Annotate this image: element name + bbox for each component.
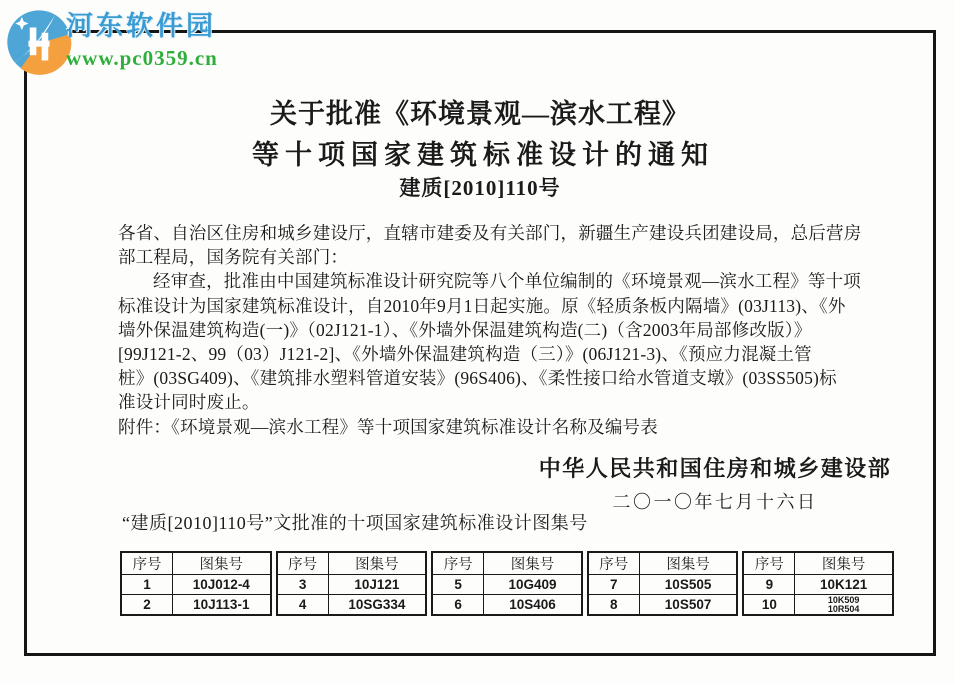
serial-cell: 5 (432, 575, 484, 595)
body-line: [99J121-2、99（03）J121-2]、《外墙外保温建筑构造（三）》(0… (118, 342, 908, 366)
catalog-subtable-1: 序号 图集号 1 10J012-4 2 10J113-1 (120, 551, 272, 616)
notice-body: 各省、自治区住房和城乡建设厅，直辖市建委及有关部门，新疆生产建设兵团建设局，总后… (118, 221, 908, 439)
catalog-table: 序号 图集号 1 10J012-4 2 10J113-1 序号 图集号 3 10… (120, 551, 894, 616)
serial-cell: 2 (121, 595, 173, 616)
serial-cell: 1 (121, 575, 173, 595)
catalog-subtable-3: 序号 图集号 5 10G409 6 10S406 (431, 551, 583, 616)
site-url-text: www.pc0359.cn (66, 46, 218, 71)
atlas-code-line: 10R504 (795, 605, 892, 614)
atlas-code-cell: 10S505 (639, 575, 737, 595)
body-line: 桩》(03SG409)、《建筑排水塑料管道安装》(96S406)、《柔性接口给水… (118, 366, 908, 390)
col-header-serial: 序号 (277, 552, 329, 575)
atlas-code-cell: 10S507 (639, 595, 737, 616)
document-number: 建质[2010]110号 (24, 172, 936, 202)
signature-block: 中华人民共和国住房和城乡建设部 二〇一〇年七月十六日 (535, 452, 895, 514)
body-line: 准设计同时废止。 (118, 390, 908, 414)
salutation-line: 各省、自治区住房和城乡建设厅，直辖市建委及有关部门，新疆生产建设兵团建设局，总后… (118, 221, 908, 245)
atlas-code-cell: 10K509 10R504 (795, 595, 893, 616)
watermark-logo: 河东软件园 www.pc0359.cn (6, 2, 326, 82)
body-line: 标准设计为国家建筑标准设计，自2010年9月1日起实施。原《轻质条板内隔墙》(0… (118, 294, 908, 318)
body-line: 墙外保温建筑构造(一)》（02J121-1）、《外墙外保温建筑构造(二)（含20… (118, 318, 908, 342)
catalog-subtable-5: 序号 图集号 9 10K121 10 10K509 10R504 (742, 551, 894, 616)
serial-cell: 8 (588, 595, 640, 616)
issue-date: 二〇一〇年七月十六日 (535, 488, 895, 514)
site-logo-icon (6, 4, 72, 80)
atlas-code-cell: 10SG334 (328, 595, 426, 616)
col-header-atlas: 图集号 (328, 552, 426, 575)
col-header-serial: 序号 (743, 552, 795, 575)
catalog-subtable-2: 序号 图集号 3 10J121 4 10SG334 (276, 551, 428, 616)
notice-title-line-1: 关于批准《环境景观—滨水工程》 (24, 92, 936, 131)
col-header-atlas: 图集号 (484, 552, 582, 575)
table-caption: “建质[2010]110号”文批准的十项国家建筑标准设计图集号 (122, 509, 588, 535)
serial-cell: 6 (432, 595, 484, 616)
col-header-serial: 序号 (432, 552, 484, 575)
notice-title-line-2: 等十项国家建筑标准设计的通知 (24, 133, 936, 172)
serial-cell: 9 (743, 575, 795, 595)
serial-cell: 3 (277, 575, 329, 595)
col-header-atlas: 图集号 (639, 552, 737, 575)
col-header-atlas: 图集号 (173, 552, 271, 575)
serial-cell: 7 (588, 575, 640, 595)
atlas-code-cell: 10S406 (484, 595, 582, 616)
atlas-code-cell: 10J121 (328, 575, 426, 595)
serial-cell: 10 (743, 595, 795, 616)
attachment-line: 附件：《环境景观—滨水工程》等十项国家建筑标准设计名称及编号表 (118, 415, 908, 439)
col-header-serial: 序号 (121, 552, 173, 575)
atlas-code-cell: 10J012-4 (173, 575, 271, 595)
salutation-line: 部工程局，国务院有关部门： (118, 245, 908, 269)
atlas-code-cell: 10G409 (484, 575, 582, 595)
atlas-code-cell: 10K121 (795, 575, 893, 595)
col-header-atlas: 图集号 (795, 552, 893, 575)
serial-cell: 4 (277, 595, 329, 616)
atlas-code-cell: 10J113-1 (173, 595, 271, 616)
issuer-signature: 中华人民共和国住房和城乡建设部 (535, 452, 895, 483)
body-line: 经审查，批准由中国建筑标准设计研究院等八个单位编制的《环境景观—滨水工程》等十项 (118, 269, 908, 293)
catalog-subtable-4: 序号 图集号 7 10S505 8 10S507 (587, 551, 739, 616)
site-name-text: 河东软件园 (66, 4, 218, 43)
col-header-serial: 序号 (588, 552, 640, 575)
